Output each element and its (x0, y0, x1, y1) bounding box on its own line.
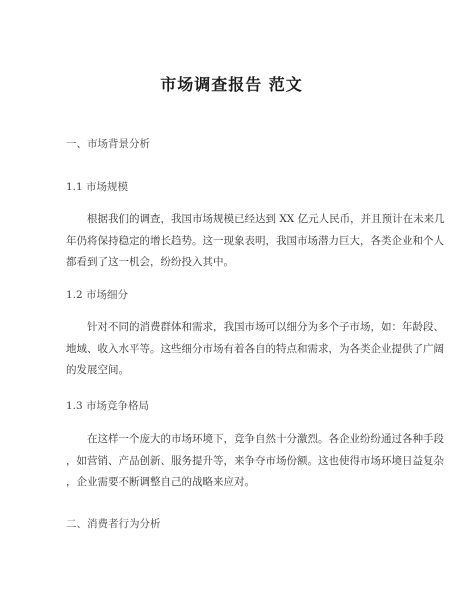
paragraph-line: 的发展空间。 (66, 360, 398, 382)
section-heading-market-background: 一、市场背景分析 (66, 136, 150, 151)
document-title: 市场调查报告 范文 (0, 72, 463, 95)
paragraph-line: 针对不同的消费群体和需求，我国市场可以细分为多个子市场，如：年龄段、 (66, 317, 398, 339)
paragraph-market-segmentation: 针对不同的消费群体和需求，我国市场可以细分为多个子市场，如：年龄段、 地域、收入… (66, 317, 398, 382)
paragraph-market-size: 根据我们的调查，我国市场规模已经达到 XX 亿元人民币，并且预计在未来几 年仍将… (66, 209, 398, 274)
paragraph-line: 都看到了这一机会，纷纷投入其中。 (66, 252, 398, 274)
paragraph-line: 年仍将保持稳定的增长趋势。这一现象表明，我国市场潜力巨大，各类企业和个人 (66, 231, 398, 253)
paragraph-competition: 在这样一个庞大的市场环境下，竞争自然十分激烈。各企业纷纷通过各种手段 ，如营销、… (66, 429, 398, 494)
subsection-heading-market-segmentation: 1.2 市场细分 (66, 287, 128, 302)
paragraph-line: 在这样一个庞大的市场环境下，竞争自然十分激烈。各企业纷纷通过各种手段 (66, 429, 398, 451)
section-heading-consumer-behavior: 二、消费者行为分析 (66, 516, 161, 531)
paragraph-line: ，企业需要不断调整自己的战略来应对。 (66, 472, 398, 494)
document-page: 市场调查报告 范文 一、市场背景分析 1.1 市场规模 根据我们的调查，我国市场… (0, 0, 463, 600)
paragraph-line: ，如营销、产品创新、服务提升等，来争夺市场份额。这也使得市场环境日益复杂 (66, 451, 398, 473)
subsection-heading-market-size: 1.1 市场规模 (66, 179, 128, 194)
paragraph-line: 地域、收入水平等。这些细分市场有着各自的特点和需求，为各类企业提供了广阔 (66, 339, 398, 361)
paragraph-line: 根据我们的调查，我国市场规模已经达到 XX 亿元人民币，并且预计在未来几 (66, 209, 398, 231)
subsection-heading-competition: 1.3 市场竞争格局 (66, 398, 149, 413)
